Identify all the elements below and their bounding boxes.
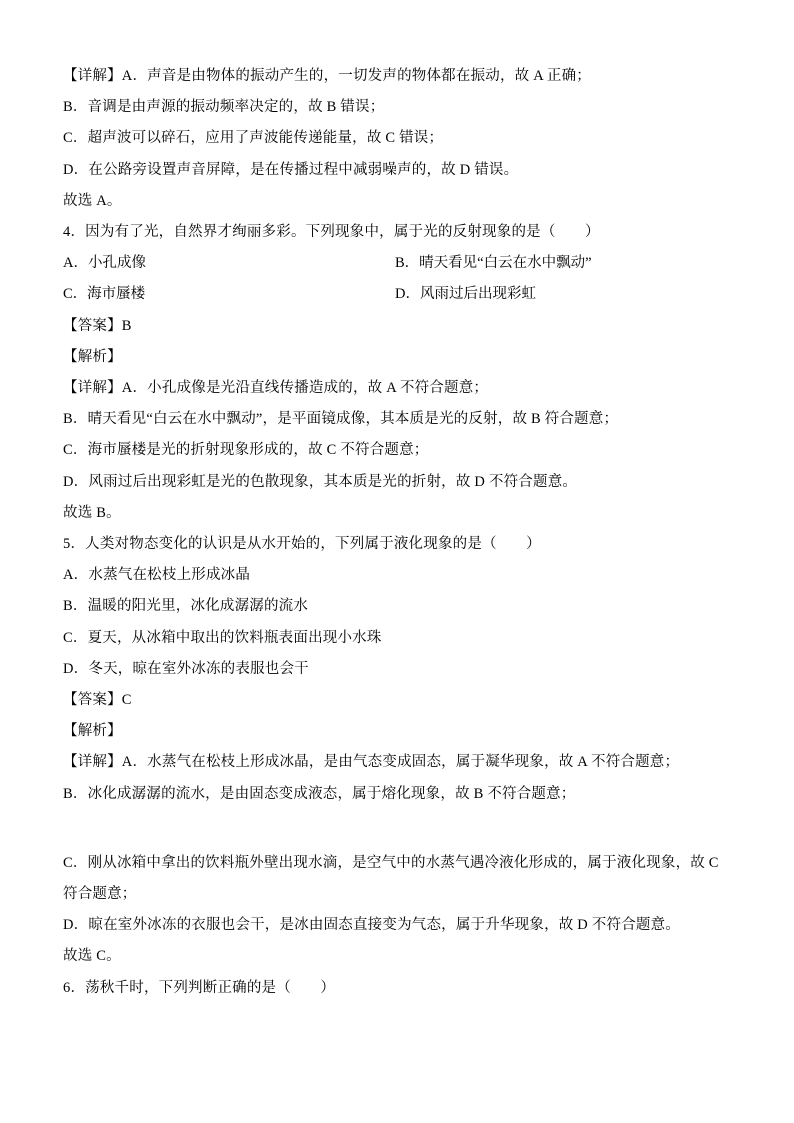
q4-detail-c: C．海市蜃楼是光的折射现象形成的，故 C 不符合题意；: [63, 435, 734, 466]
q4-detail-a: 【详解】A．小孔成像是光沿直线传播造成的，故 A 不符合题意；: [63, 373, 734, 404]
q5-detail-b: B．冰化成潺潺的流水，是由固态变成液态，属于熔化现象，故 B 不符合题意；: [63, 779, 734, 810]
q4-option-d: D．风雨过后出现彩虹: [395, 279, 536, 310]
q5-option-d: D．冬天，晾在室外冰冻的表服也会干: [63, 654, 734, 685]
prev-detail-c: C．超声波可以碎石，应用了声波能传递能量，故 C 错误；: [63, 123, 734, 154]
q4-option-b: B．晴天看见“白云在水中飘动”: [395, 248, 592, 279]
q5-stem: 5．人类对物态变化的认识是从水开始的，下列属于液化现象的是（ ）: [63, 529, 734, 560]
prev-detail-d: D．在公路旁设置声音屏障，是在传播过程中减弱噪声的，故 D 错误。: [63, 155, 734, 186]
q5-detail-d: D．晾在室外冰冻的衣服也会干，是冰由固态直接变为气态，属于升华现象，故 D 不符…: [63, 910, 734, 941]
q4-detail-d: D．风雨过后出现彩虹是光的色散现象，其本质是光的折射，故 D 不符合题意。: [63, 467, 734, 498]
prev-detail-b: B．音调是由声源的振动频率决定的，故 B 错误；: [63, 92, 734, 123]
q4-options-row-cd: C．海市蜃楼 D．风雨过后出现彩虹: [63, 279, 734, 310]
q4-answer: 【答案】B: [63, 311, 734, 342]
q4-stem: 4．因为有了光，自然界才绚丽多彩。下列现象中，属于光的反射现象的是（ ）: [63, 217, 734, 248]
q5-conclusion: 故选 C。: [63, 941, 734, 972]
q4-detail-b: B．晴天看见“白云在水中飘动”，是平面镜成像，其本质是光的反射，故 B 符合题意…: [63, 404, 734, 435]
q5-analysis-label: 【解析】: [63, 716, 734, 747]
q5-option-b: B．温暖的阳光里，冰化成潺潺的流水: [63, 591, 734, 622]
q4-conclusion: 故选 B。: [63, 498, 734, 529]
document-page: 【详解】A．声音是由物体的振动产生的，一切发声的物体都在振动，故 A 正确； B…: [0, 0, 794, 1123]
q5-detail-c: C．刚从冰箱中拿出的饮料瓶外壁出现水滴，是空气中的水蒸气遇冷液化形成的，属于液化…: [63, 848, 734, 910]
prev-conclusion: 故选 A。: [63, 186, 734, 217]
q4-options-row-ab: A．小孔成像 B．晴天看见“白云在水中飘动”: [63, 248, 734, 279]
prev-detail-a: 【详解】A．声音是由物体的振动产生的，一切发声的物体都在振动，故 A 正确；: [63, 61, 734, 92]
q4-option-c: C．海市蜃楼: [63, 279, 395, 310]
q4-option-a: A．小孔成像: [63, 248, 395, 279]
q5-option-c: C．夏天，从冰箱中取出的饮料瓶表面出现小水珠: [63, 623, 734, 654]
q4-analysis-label: 【解析】: [63, 342, 734, 373]
q5-detail-a: 【详解】A．水蒸气在松枝上形成冰晶，是由气态变成固态，属于凝华现象，故 A 不符…: [63, 747, 734, 778]
q6-stem: 6．荡秋千时，下列判断正确的是（ ）: [63, 973, 734, 1004]
q5-option-a: A．水蒸气在松枝上形成冰晶: [63, 560, 734, 591]
q5-answer: 【答案】C: [63, 685, 734, 716]
